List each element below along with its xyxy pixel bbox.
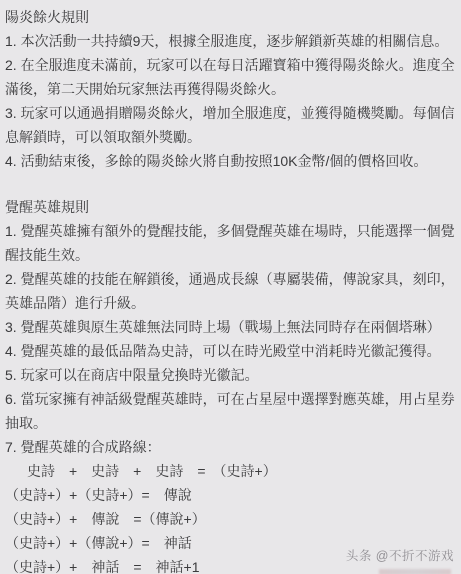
- section-title-awakened-hero: 覺醒英雄規則: [5, 195, 458, 219]
- rule-item: 5. 玩家可以在商店中限量兌換時光徽記。: [5, 363, 458, 387]
- synthesis-route-line: （史詩+）+（史詩+）= 傳說: [5, 483, 458, 507]
- rule-item: 2. 覺醒英雄的技能在解鎖後，通過成長線（專屬裝備，傳說家具，刻印，英雄品階）進…: [5, 267, 458, 315]
- rule-item: 6. 當玩家擁有神話級覺醒英雄時，可在占星屋中選擇對應英雄，用占星券抽取。: [5, 387, 458, 435]
- rule-item: 4. 活動結束後，多餘的陽炎餘火將自動按照10K金幣/個的價格回收。: [5, 149, 458, 173]
- watermark-fragment: [379, 569, 451, 574]
- synthesis-route-line: 史詩 + 史詩 + 史詩 = （史詩+）: [5, 459, 458, 483]
- rule-item: 7. 覺醒英雄的合成路線：: [5, 435, 458, 459]
- rule-item: 4. 覺醒英雄的最低品階為史詩，可以在時光殿堂中消耗時光徽記獲得。: [5, 339, 458, 363]
- rule-item: 3. 玩家可以通過捐贈陽炎餘火，增加全服進度，並獲得隨機獎勵。每個信息解鎖時，可…: [5, 101, 458, 149]
- synthesis-route-line: （史詩+）+ 傳說 =（傳說+）: [5, 507, 458, 531]
- rule-item: 2. 在全服進度未滿前，玩家可以在每日活躍寶箱中獲得陽炎餘火。進度全滿後，第二天…: [5, 53, 458, 101]
- section-ember-rules: 陽炎餘火規則 1. 本次活動一共持續9天，根據全服進度，逐步解鎖新英雄的相關信息…: [5, 5, 458, 173]
- section-awakened-hero-rules: 覺醒英雄規則 1. 覺醒英雄擁有額外的覺醒技能，多個覺醒英雄在場時，只能選擇一個…: [5, 195, 458, 574]
- rule-item: 3. 覺醒英雄與原生英雄無法同時上場（戰場上無法同時存在兩個塔琳）: [5, 315, 458, 339]
- rules-document: 陽炎餘火規則 1. 本次活動一共持續9天，根據全服進度，逐步解鎖新英雄的相關信息…: [0, 0, 461, 574]
- rule-item: 1. 本次活動一共持續9天，根據全服進度，逐步解鎖新英雄的相關信息。: [5, 29, 458, 53]
- watermark: 头条 @不折不游戏: [346, 549, 454, 563]
- section-title-ember: 陽炎餘火規則: [5, 5, 458, 29]
- rule-item: 1. 覺醒英雄擁有額外的覺醒技能，多個覺醒英雄在場時，只能選擇一個覺醒技能生效。: [5, 219, 458, 267]
